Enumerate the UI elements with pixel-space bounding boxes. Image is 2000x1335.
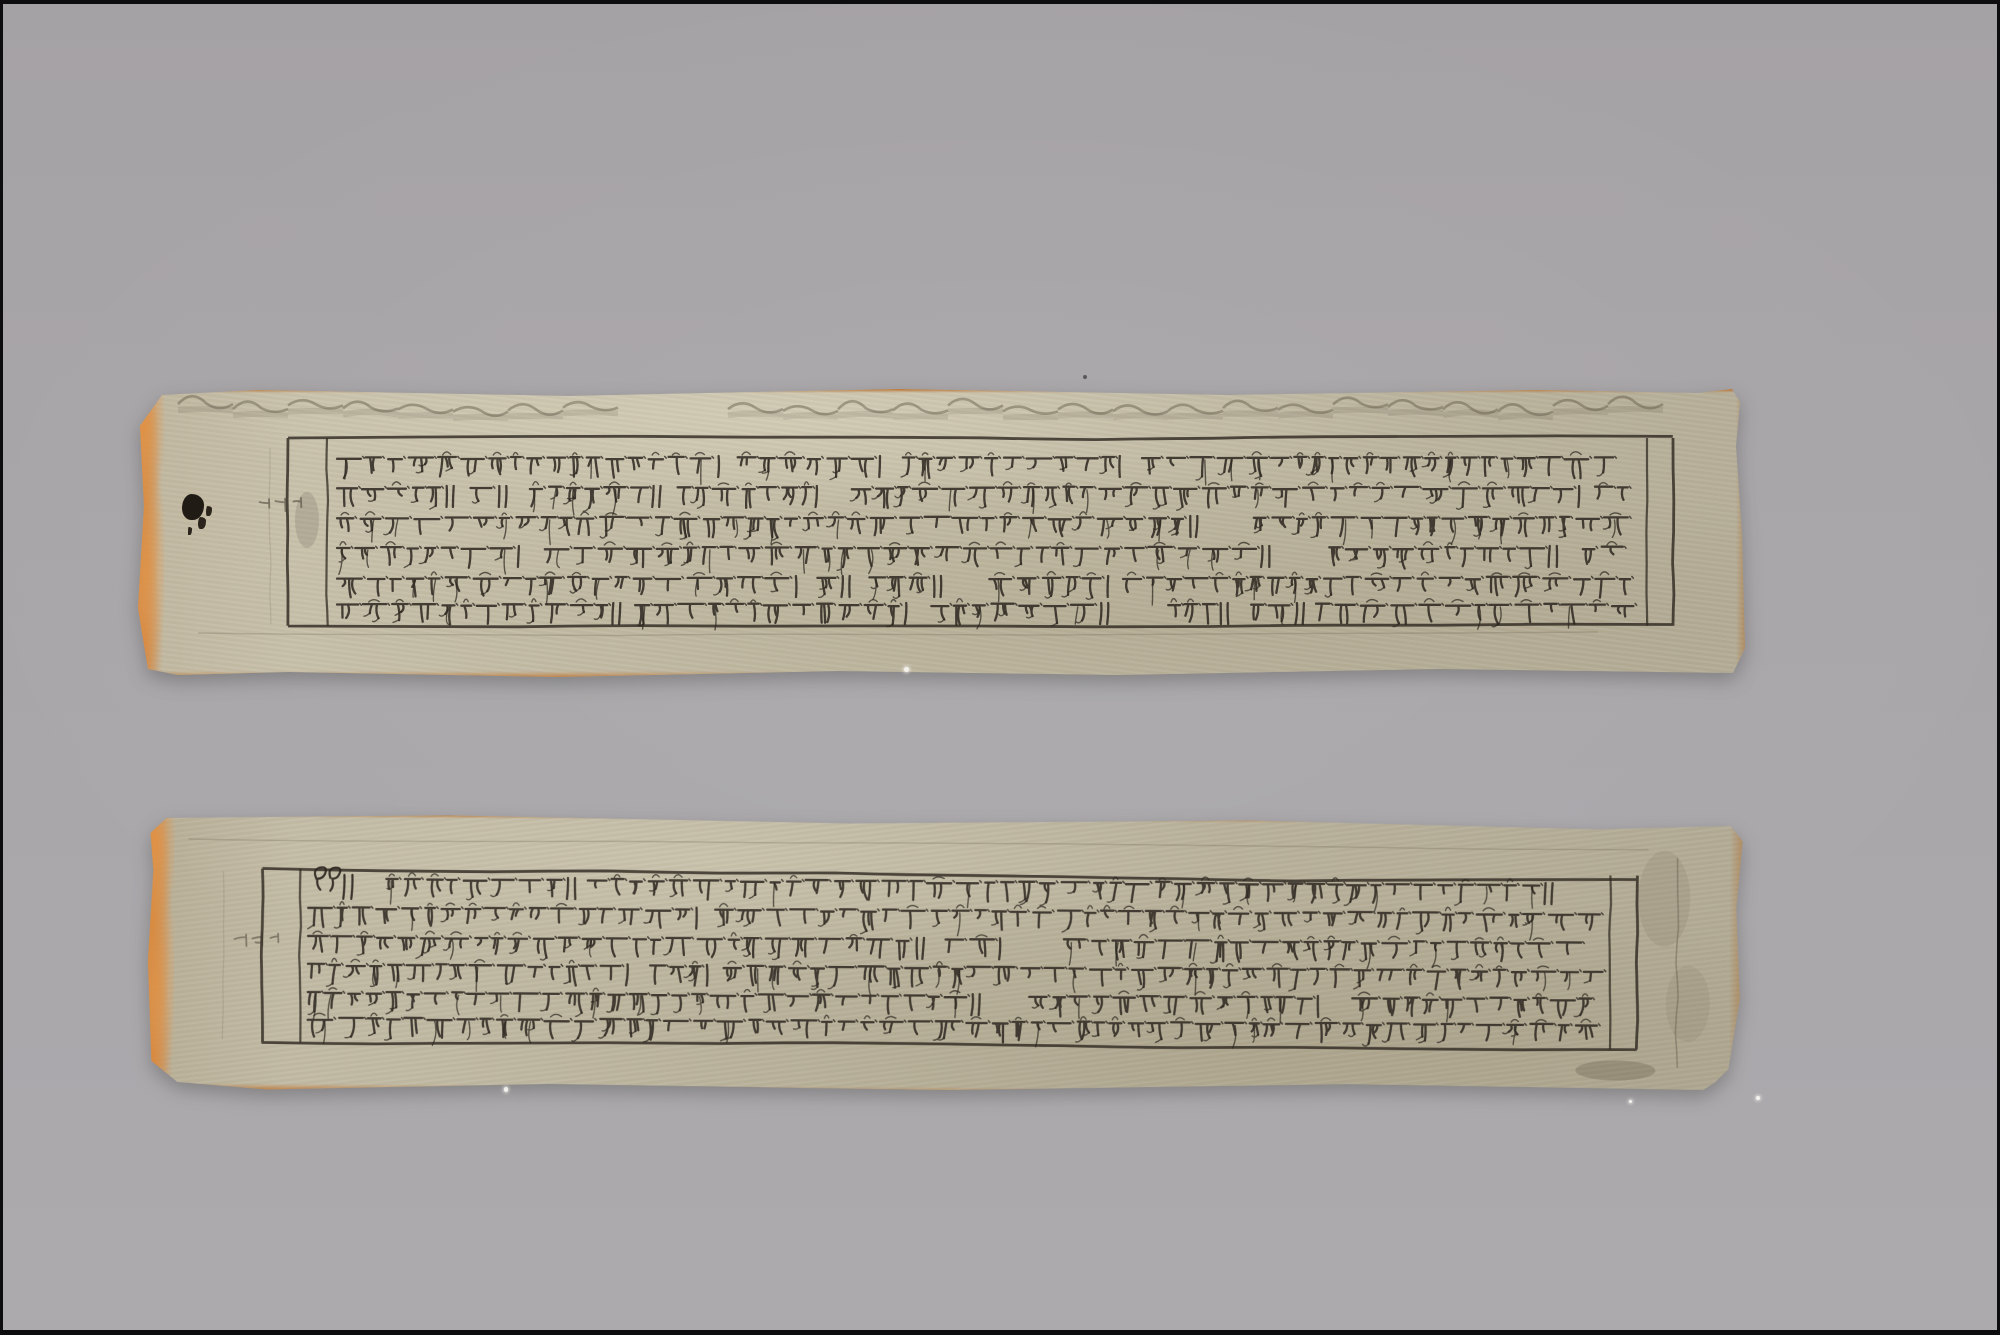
ink-smudge <box>1575 1060 1655 1080</box>
dust-speck <box>1629 1100 1632 1103</box>
text-line <box>337 576 1630 598</box>
text-line-detail <box>413 572 1609 605</box>
ink-mottle <box>1638 851 1691 947</box>
dust-speck <box>904 667 909 672</box>
margin-divider-left <box>299 869 302 1043</box>
yig-mgo-head-mark <box>315 867 353 899</box>
margin-divider-right <box>1609 875 1611 1049</box>
text-line-detail <box>339 542 1617 575</box>
lower-folio-printed-text-block <box>147 811 1742 1097</box>
text-line <box>308 935 1581 964</box>
photo-caption: Two loose oblong folios of a Tibetan Bud… <box>0 0 1 1</box>
text-line <box>308 963 1603 992</box>
ghost-rule <box>198 632 1598 636</box>
ghost-rule <box>189 839 1649 850</box>
text-line <box>308 1017 1597 1045</box>
dust-speck <box>504 1087 508 1092</box>
text-frame-rule <box>261 868 1639 1050</box>
upper-folio-printed-text-block <box>138 386 1745 677</box>
ghost-rule <box>222 871 224 1039</box>
upper-folio-leaf <box>138 386 1745 677</box>
text-line <box>337 486 1628 508</box>
text-line-detail <box>387 873 1533 912</box>
dust-speck-dark <box>1083 375 1087 379</box>
photo-mat-background: Two loose oblong folios of a Tibetan Bud… <box>0 0 2000 1335</box>
text-line <box>337 516 1628 538</box>
text-line <box>337 456 1613 478</box>
manuscript-photograph-page: { "photograph": { "subject": "Two loose … <box>0 0 2000 1335</box>
ink-mottle <box>1666 966 1710 1042</box>
margin-divider-left <box>326 438 328 626</box>
text-line <box>308 906 1600 935</box>
margin-foliation-marks <box>234 934 278 947</box>
text-line <box>337 546 1623 569</box>
margin-foliation-marks <box>260 498 302 512</box>
margin-divider-right <box>1646 438 1647 626</box>
lower-folio-leaf <box>147 811 1742 1097</box>
ghost-rule <box>269 448 271 624</box>
dust-speck <box>1756 1096 1760 1100</box>
